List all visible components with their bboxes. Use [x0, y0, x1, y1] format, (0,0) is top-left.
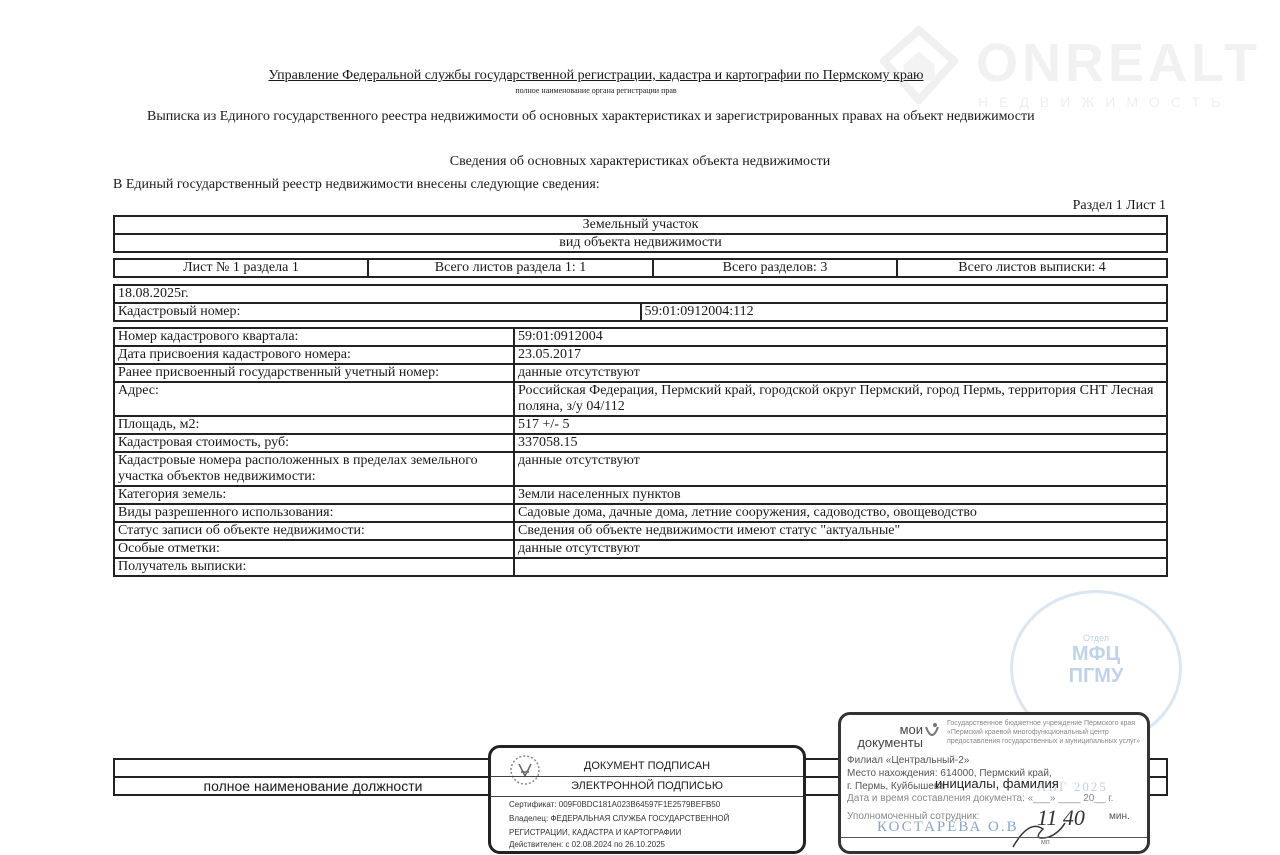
section-title: Сведения об основных характеристиках объ… — [0, 154, 1280, 170]
part-label: Раздел 1 Лист 1 — [1073, 198, 1166, 214]
mfc-employee-name: КОСТАРЕВА О.В — [877, 819, 1019, 836]
row-value: 517 +/- 5 — [514, 416, 1167, 434]
brand-line2: документы — [847, 736, 923, 749]
row-label: Статус записи об объекте недвижимости: — [114, 522, 514, 540]
characteristics-table: Номер кадастрового квартала:59:01:091200… — [113, 327, 1168, 577]
row-value: данные отсутствуют — [514, 452, 1167, 486]
row-value: Сведения об объекте недвижимости имеют с… — [514, 522, 1167, 540]
row-value: 59:01:0912004 — [514, 328, 1167, 346]
table-row: Особые отметки:данные отсутствуют — [114, 540, 1167, 558]
mfc-logo-icon — [923, 721, 941, 745]
table-row: Адрес:Российская Федерация, Пермский кра… — [114, 382, 1167, 416]
row-label: Номер кадастрового квартала: — [114, 328, 514, 346]
position-cell — [114, 759, 512, 777]
electronic-signature-box: ДОКУМЕНТ ПОДПИСАН ЭЛЕКТРОННОЙ ПОДПИСЬЮ С… — [488, 745, 806, 854]
esig-validity: Действителен: с 02.08.2024 по 26.10.2025 — [509, 840, 665, 849]
table-row: Ранее присвоенный государственный учетны… — [114, 364, 1167, 382]
record-header-table: 18.08.2025г. Кадастровый номер: 59:01:09… — [113, 284, 1168, 322]
row-label: Категория земель: — [114, 486, 514, 504]
watermark: ONREALT НЕДВИЖИМОСТЬ — [880, 22, 1250, 112]
cadastral-number-label: Кадастровый номер: — [114, 303, 641, 321]
section-sheets-total: Всего листов раздела 1: 1 — [368, 259, 653, 277]
document-title: Выписка из Единого государственного реес… — [147, 109, 1035, 125]
initials-caption: инициалы, фамилия — [935, 776, 1059, 791]
row-value: 337058.15 — [514, 434, 1167, 452]
table-row: Получатель выписки: — [114, 558, 1167, 576]
row-label: Виды разрешенного использования: — [114, 504, 514, 522]
row-value: данные отсутствуют — [514, 364, 1167, 382]
object-type-caption: вид объекта недвижимости — [114, 234, 1167, 252]
table-row: Категория земель:Земли населенных пункто… — [114, 486, 1167, 504]
table-row: Кадастровая стоимость, руб:337058.15 — [114, 434, 1167, 452]
extract-sheets-total: Всего листов выписки: 4 — [897, 259, 1167, 277]
mfc-branch: Филиал «Центральный-2» — [847, 755, 969, 766]
row-label: Адрес: — [114, 382, 514, 416]
row-label: Ранее присвоенный государственный учетны… — [114, 364, 514, 382]
sheets-table: Лист № 1 раздела 1 Всего листов раздела … — [113, 258, 1168, 278]
object-type-table: Земельный участок вид объекта недвижимос… — [113, 215, 1168, 253]
table-row: Статус записи об объекте недвижимости:Св… — [114, 522, 1167, 540]
position-caption: полное наименование должности — [114, 777, 512, 795]
stamp-line2: МФЦ — [1013, 643, 1179, 665]
cadastral-number-value: 59:01:0912004:112 — [641, 303, 1168, 321]
row-label: Кадастровая стоимость, руб: — [114, 434, 514, 452]
esig-owner1: Владелец: ФЕДЕРАЛЬНАЯ СЛУЖБА ГОСУДАРСТВЕ… — [509, 814, 729, 823]
record-date: 18.08.2025г. — [114, 285, 1167, 303]
esig-owner2: РЕГИСТРАЦИИ, КАДАСТРА И КАРТОГРАФИИ — [509, 828, 681, 837]
org-caption: полное наименование органа регистрации п… — [0, 86, 1192, 95]
esig-line1: ДОКУМЕНТ ПОДПИСАН — [491, 760, 803, 772]
esig-certificate: Сертификат: 009F0BDC181A023B64597F1E2579… — [509, 800, 720, 809]
row-label: Дата присвоения кадастрового номера: — [114, 346, 514, 364]
table-row: Дата присвоения кадастрового номера:23.0… — [114, 346, 1167, 364]
row-value: Российская Федерация, Пермский край, гор… — [514, 382, 1167, 416]
table-row: Номер кадастрового квартала:59:01:091200… — [114, 328, 1167, 346]
row-value: Садовые дома, дачные дома, летние сооруж… — [514, 504, 1167, 522]
esig-line2: ЭЛЕКТРОННОЙ ПОДПИСЬЮ — [491, 780, 803, 792]
table-row: Кадастровые номера расположенных в преде… — [114, 452, 1167, 486]
watermark-brand: ONREALT — [976, 32, 1261, 94]
row-value: 23.05.2017 — [514, 346, 1167, 364]
stamp-line3: ПГМУ — [1013, 665, 1179, 687]
row-value — [514, 558, 1167, 576]
handwritten-signature-icon — [1009, 815, 1069, 851]
sheet-number: Лист № 1 раздела 1 — [114, 259, 368, 277]
stamp-line1: Отдел — [1013, 633, 1179, 643]
row-value: Земли населенных пунктов — [514, 486, 1167, 504]
mfc-org: Государственное бюджетное учреждение Пер… — [947, 719, 1143, 746]
row-label: Площадь, м2: — [114, 416, 514, 434]
mfc-brand: мои документы — [847, 723, 923, 749]
intro-text: В Единый государственный реестр недвижим… — [113, 177, 600, 193]
mfc-mp: мп — [1041, 839, 1050, 846]
row-label: Кадастровые номера расположенных в преде… — [114, 452, 514, 486]
row-value: данные отсутствуют — [514, 540, 1167, 558]
watermark-sub: НЕДВИЖИМОСТЬ — [978, 94, 1231, 110]
mfc-min-label: мин. — [1109, 811, 1130, 822]
mfc-location2: г. Пермь, Куйбышева — [847, 781, 945, 792]
row-label: Особые отметки: — [114, 540, 514, 558]
row-label: Получатель выписки: — [114, 558, 514, 576]
table-row: Виды разрешенного использования:Садовые … — [114, 504, 1167, 522]
sections-total: Всего разделов: 3 — [653, 259, 897, 277]
object-type: Земельный участок — [114, 216, 1167, 234]
org-name: Управление Федеральной службы государств… — [0, 68, 1192, 84]
table-row: Площадь, м2:517 +/- 5 — [114, 416, 1167, 434]
